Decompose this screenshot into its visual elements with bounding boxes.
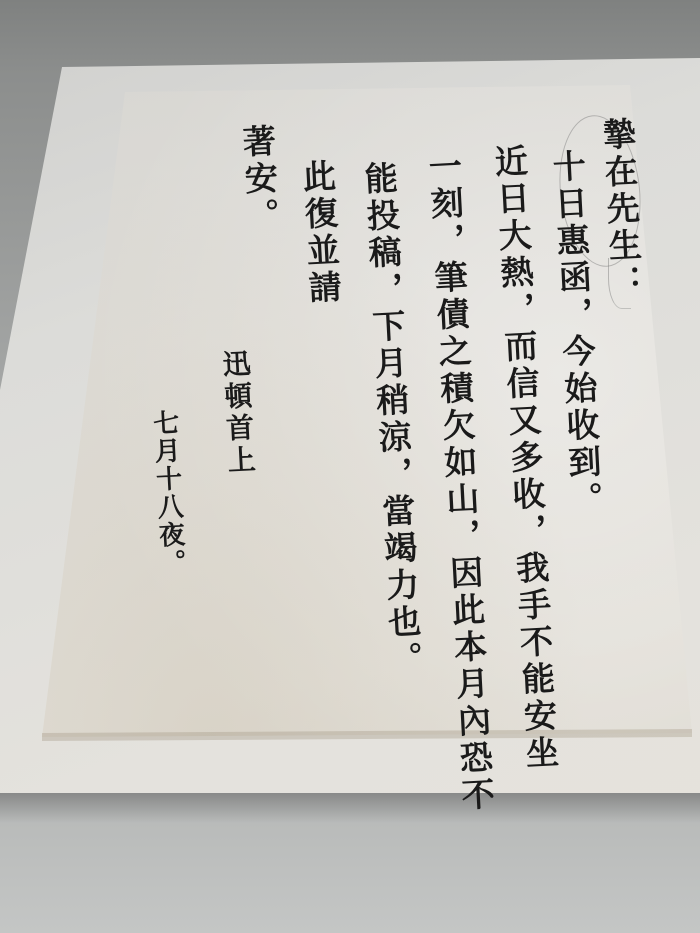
signature: 迅頓首上 (220, 349, 255, 478)
signature-name: 迅 (218, 348, 253, 382)
photo-scene: 摯在先生： 十日惠函，今始收到。 近日大熱，而信又多收，我手不能安坐 一刻，筆債… (0, 0, 700, 933)
signature-suffix: 上 (223, 444, 258, 478)
letter-column-5: 此復並請 (300, 158, 341, 308)
letter-salutation: 摯在先生： (600, 116, 643, 302)
board-shadow (0, 793, 700, 823)
signature-closing: 頓首 (220, 380, 256, 446)
letter-column-6: 著安。 (240, 123, 279, 236)
